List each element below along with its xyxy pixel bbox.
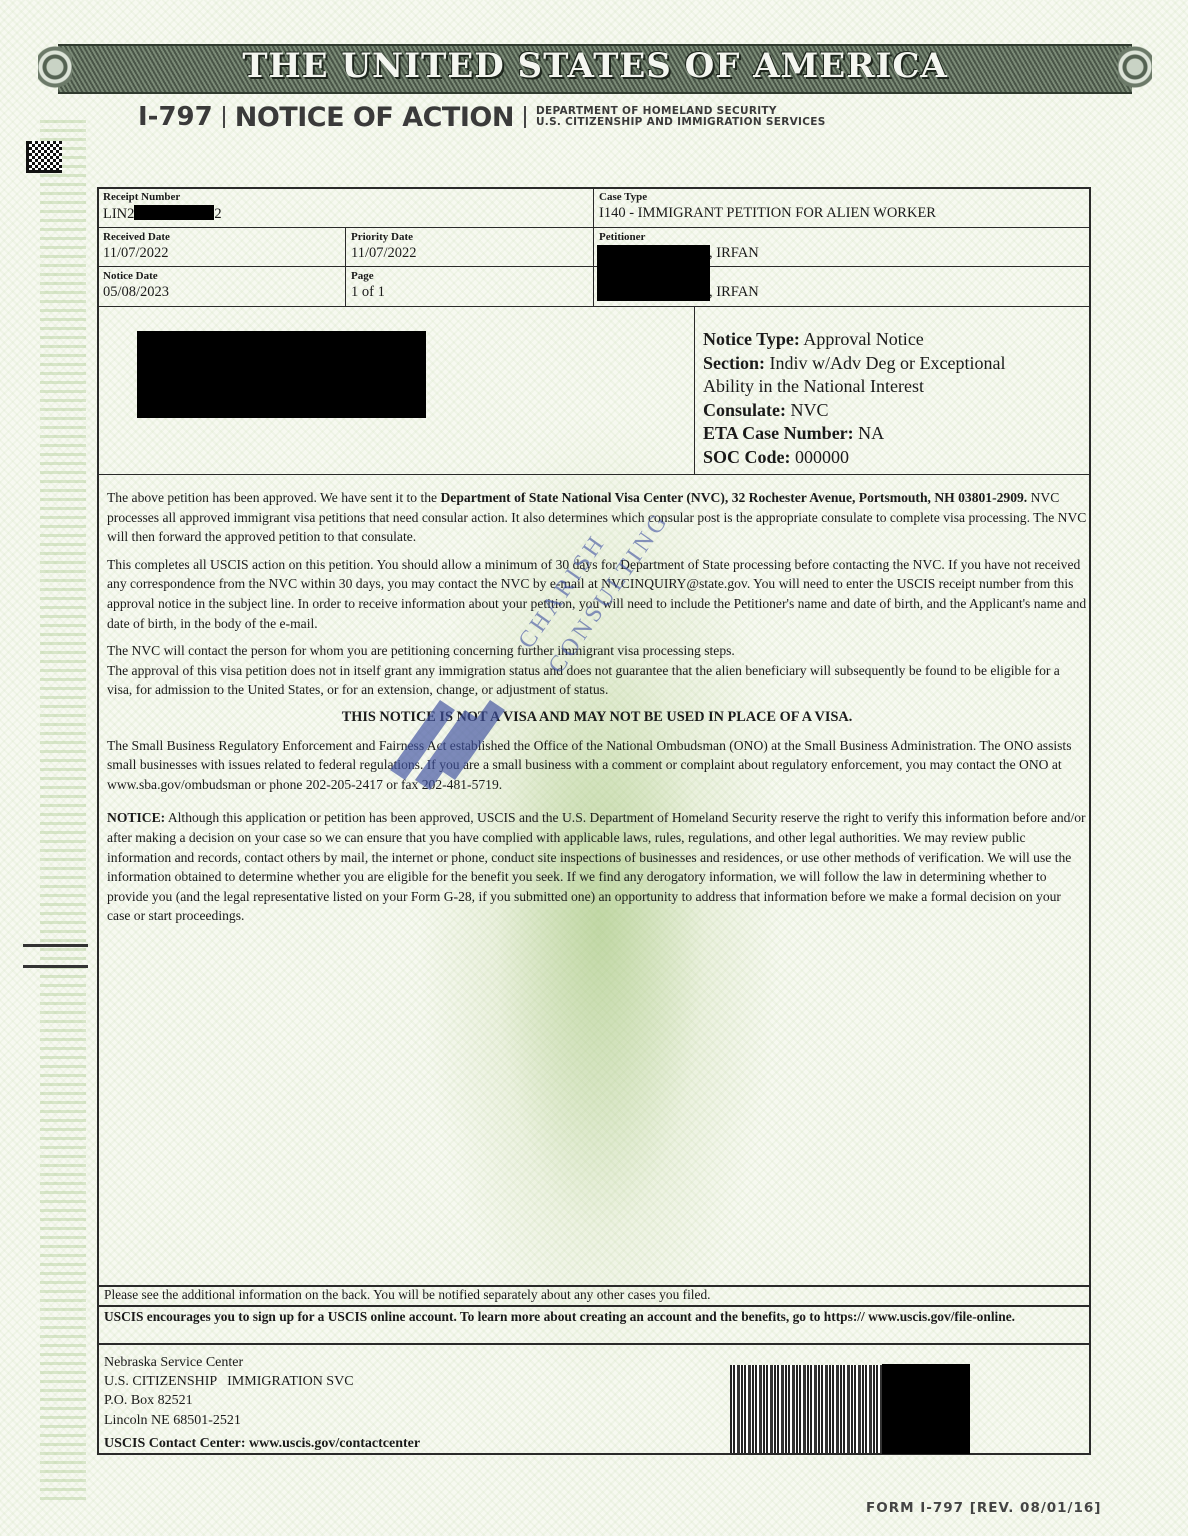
eta-case-number-label: ETA Case Number: (703, 423, 854, 443)
redaction (137, 331, 426, 418)
status-paragraph: The NVC will contact the person for whom… (107, 641, 1087, 700)
receipt-number-value: LIN22 (103, 205, 222, 223)
petitioner-label: Petitioner (599, 231, 645, 243)
notice-date-value: 05/08/2023 (103, 284, 169, 301)
agency-line-2: U.S. CITIZENSHIP AND IMMIGRATION SERVICE… (536, 116, 826, 128)
page-cell: Page 1 of 1 (345, 266, 594, 307)
redaction (597, 245, 710, 301)
barcode-icon (730, 1365, 882, 1453)
redaction (882, 1364, 970, 1454)
notice-date-cell: Notice Date 05/08/2023 (97, 266, 346, 307)
received-date-value: 11/07/2022 (103, 245, 169, 262)
form-number: I-797 (138, 102, 213, 132)
not-a-visa-warning: THIS NOTICE IS NOT A VISA AND MAY NOT BE… (107, 708, 1087, 728)
section-label: Section: (703, 353, 765, 373)
receipt-number-cell: Receipt Number LIN22 (97, 187, 594, 228)
service-center-address: Nebraska Service Center U.S. CITIZENSHIP… (104, 1353, 354, 1430)
ombudsman-paragraph: The Small Business Regulatory Enforcemen… (107, 736, 1087, 795)
beneficiary-value: , IRFAN (709, 284, 759, 301)
address-line: P.O. Box 82521 (104, 1391, 354, 1410)
priority-date-cell: Priority Date 11/07/2022 (345, 227, 594, 267)
contact-center: USCIS Contact Center: www.uscis.gov/cont… (104, 1436, 420, 1452)
redaction (134, 205, 214, 220)
approval-paragraph: The above petition has been approved. We… (107, 488, 1087, 547)
page-value: 1 of 1 (351, 284, 385, 301)
case-type-label: Case Type (599, 191, 647, 203)
banner-title: THE UNITED STATES OF AMERICA (38, 46, 1152, 86)
address-line: Nebraska Service Center (104, 1353, 354, 1372)
received-date-cell: Received Date 11/07/2022 (97, 227, 346, 267)
case-type-cell: Case Type I140 - IMMIGRANT PETITION FOR … (593, 187, 1091, 228)
notice-date-label: Notice Date (103, 270, 158, 282)
online-account-note: USCIS encourages you to sign up for a US… (99, 1305, 1089, 1345)
security-border (40, 120, 86, 1500)
case-type-value: I140 - IMMIGRANT PETITION FOR ALIEN WORK… (599, 205, 936, 222)
datamatrix-code-icon (26, 141, 62, 173)
section-value-continued: Ability in the National Interest (703, 375, 1005, 399)
priority-date-value: 11/07/2022 (351, 245, 417, 262)
eta-case-number-value: NA (858, 423, 884, 443)
agency-name: DEPARTMENT OF HOMELAND SECURITY U.S. CIT… (536, 106, 826, 128)
additional-info-note: Please see the additional information on… (99, 1285, 1089, 1305)
address-line: Lincoln NE 68501-2521 (104, 1411, 354, 1430)
divider (524, 106, 526, 128)
nvc-contact-paragraph: This completes all USCIS action on this … (107, 555, 1087, 633)
fold-mark (23, 944, 88, 947)
notice-info: Notice Type: Approval Notice Section: In… (703, 328, 1005, 469)
consulate-label: Consulate: (703, 400, 786, 420)
soc-code-value: 000000 (795, 447, 849, 467)
notice-body: The above petition has been approved. We… (107, 488, 1087, 934)
consulate-value: NVC (791, 400, 829, 420)
notice-type-value: Approval Notice (803, 329, 923, 349)
verification-notice-paragraph: NOTICE: Although this application or pet… (107, 808, 1087, 926)
form-title: NOTICE OF ACTION (235, 102, 514, 133)
notice-type-label: Notice Type: (703, 329, 800, 349)
address-line: U.S. CITIZENSHIP IMMIGRATION SVC (104, 1372, 354, 1391)
receipt-number-label: Receipt Number (103, 191, 180, 203)
petitioner-value: , IRFAN (709, 245, 759, 262)
fold-mark (23, 965, 88, 968)
soc-code-label: SOC Code: (703, 447, 791, 467)
priority-date-label: Priority Date (351, 231, 413, 243)
banner: THE UNITED STATES OF AMERICA (38, 38, 1152, 96)
section-value: Indiv w/Adv Deg or Exceptional (770, 353, 1006, 373)
divider (223, 106, 225, 128)
form-revision: FORM I-797 [REV. 08/01/16] (866, 1500, 1101, 1516)
received-date-label: Received Date (103, 231, 170, 243)
form-header: I-797 NOTICE OF ACTION DEPARTMENT OF HOM… (138, 100, 826, 134)
page-label: Page (351, 270, 374, 282)
